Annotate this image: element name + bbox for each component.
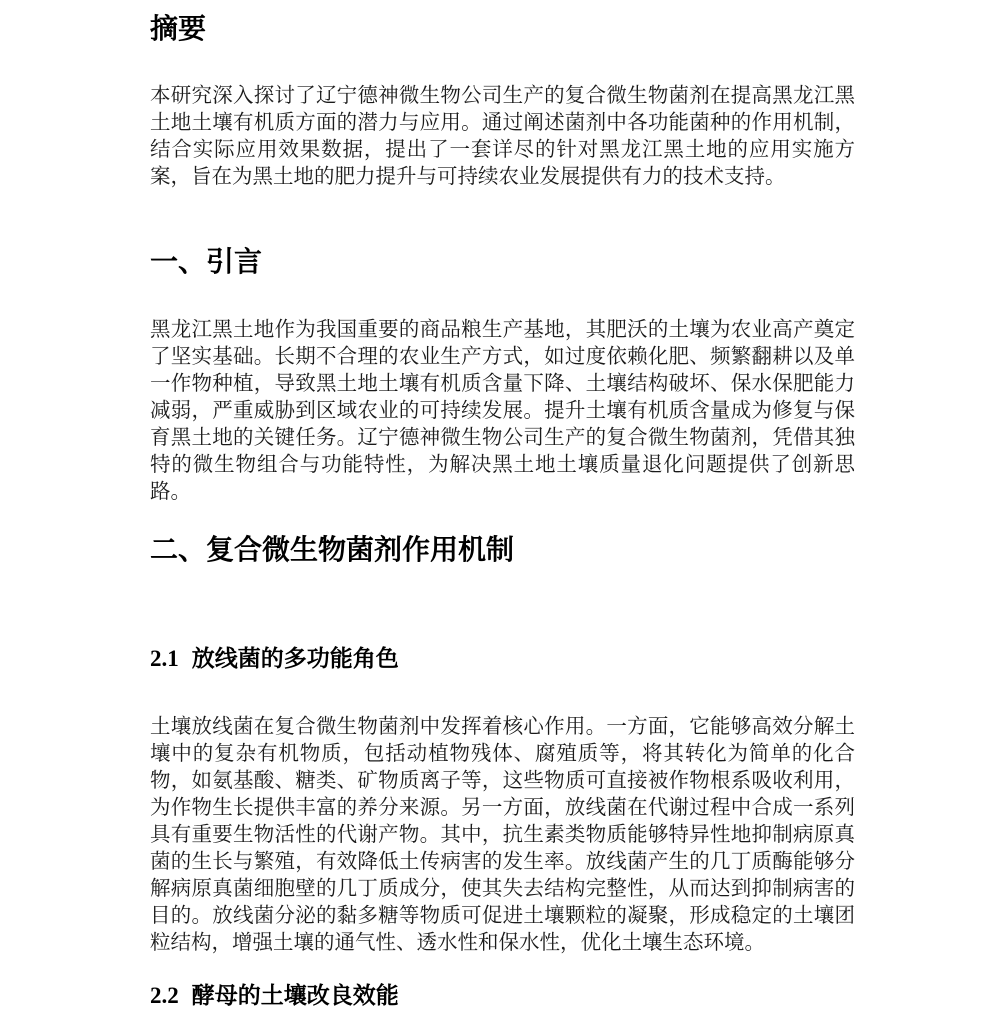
subsection-2-1-heading: 2.1放线菌的多功能角色: [150, 645, 855, 672]
mechanism-section-heading: 二、复合微生物菌剂作用机制: [150, 535, 855, 565]
actinomycetes-paragraph: 土壤放线菌在复合微生物菌剂中发挥着核心作用。一方面，它能够高效分解土壤中的复杂有…: [150, 713, 855, 956]
document-page: 摘要 本研究深入探讨了辽宁德神微生物公司生产的复合微生物菌剂在提高黑龙江黑土地土…: [0, 0, 1000, 1009]
introduction-paragraph: 黑龙江黑土地作为我国重要的商品粮生产基地，其肥沃的土壤为农业高产奠定了坚实基础。…: [150, 316, 855, 505]
subsection-2-2-title: 酵母的土壤改良效能: [192, 982, 399, 1008]
subsection-2-2-heading: 2.2酵母的土壤改良效能: [150, 982, 855, 1009]
subsection-2-1-number: 2.1: [150, 646, 179, 671]
subsection-2-2-number: 2.2: [150, 983, 179, 1008]
introduction-heading: 一、引言: [150, 247, 855, 277]
abstract-heading: 摘要: [150, 14, 855, 44]
subsection-2-1-title: 放线菌的多功能角色: [192, 645, 399, 671]
abstract-paragraph: 本研究深入探讨了辽宁德神微生物公司生产的复合微生物菌剂在提高黑龙江黑土地土壤有机…: [150, 82, 855, 190]
